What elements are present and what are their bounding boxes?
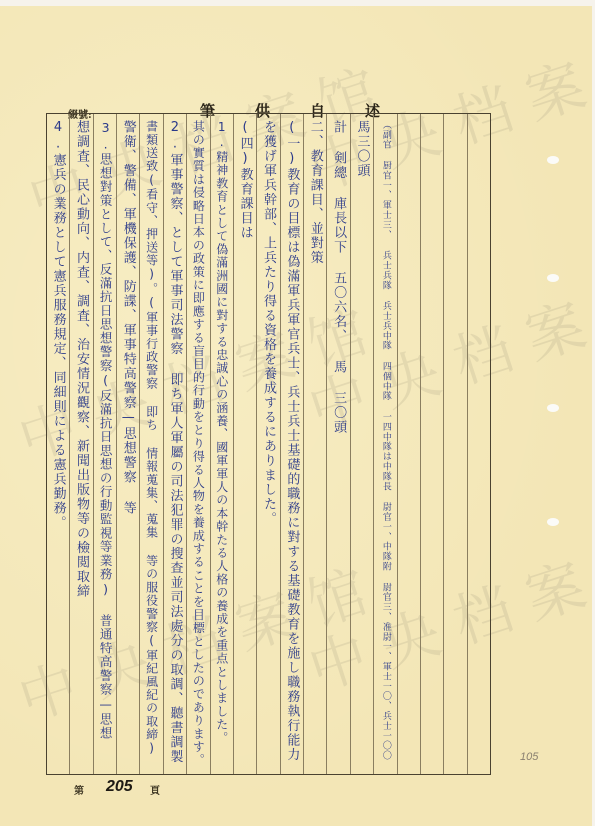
punch-hole	[547, 518, 559, 526]
punch-hole	[547, 156, 559, 164]
punch-hole	[547, 404, 559, 412]
handwritten-line: 2.軍事警察、として軍事司法警察 即ち軍人軍屬の司法犯罪の搜查並司法處分の取調、…	[168, 120, 181, 764]
grid-column: 二、教育課目、並對策	[303, 114, 326, 774]
handwritten-line: 4.憲兵の業務として憲兵服務規定、同細則による憲兵勤務。	[52, 120, 65, 530]
punch-hole	[547, 274, 559, 282]
grid-column	[420, 114, 443, 774]
handwritten-line: (一)教育の目標は偽滿軍兵軍官兵士、兵士兵士基礎的職務に對する基礎教育を施し職務…	[285, 120, 298, 762]
grid-column: (一)教育の目標は偽滿軍兵軍官兵士、兵士兵士基礎的職務に對する基礎教育を施し職務…	[280, 114, 303, 774]
grid-column: 書類送致(看守、押送等)。(軍事行政警察 即ち 情報蒐集、蒐集 等の服役警察(軍…	[139, 114, 162, 774]
handwritten-line: 馬三〇頭	[355, 120, 368, 178]
handwritten-line: 其の實質は侵略日本の政策に即應する盲目的行動をとり得る人物を養成することを目標と…	[192, 120, 204, 767]
handwritten-line: 警衛、警備、軍機保護、防諜、軍事特高警察—思想警察 等	[122, 120, 135, 516]
handwritten-line: 計 剣總 庫長以下 五〇六名、 馬 三〇頭	[332, 120, 345, 435]
grid-column: 馬三〇頭	[350, 114, 373, 774]
grid-column: 3.思想對策として、反滿抗日思想警察(反滿抗日思想の行動監視等業務) 普通特高警…	[93, 114, 116, 774]
handwritten-line: 二、教育課目、並對策	[309, 120, 322, 265]
grid-column: 4.憲兵の業務として憲兵服務規定、同細則による憲兵勤務。	[47, 114, 69, 774]
grid-column: 其の實質は侵略日本の政策に即應する盲目的行動をとり得る人物を養成することを目標と…	[186, 114, 209, 774]
handwritten-line: を獲げ軍兵幹部、上兵たり得る資格を養成するにありました。	[262, 120, 275, 526]
page-number: 205	[106, 778, 133, 796]
grid-column: (四)教育課目は	[233, 114, 256, 774]
grid-column: （副官 厨官一、軍士三、 兵士兵隊 兵士兵中隊 四個中隊 一四中隊は中隊長 尉官…	[373, 114, 396, 774]
grid-column: 計 剣總 庫長以下 五〇六名、 馬 三〇頭	[326, 114, 349, 774]
handwritten-line: （副官 厨官一、軍士三、 兵士兵隊 兵士兵中隊 四個中隊 一四中隊は中隊長 尉官…	[381, 120, 390, 761]
handwritten-line: 想調査、民心動向、内査、調査、治安情況觀察、新聞出版物等の檢閲取締	[75, 120, 88, 599]
archive-number: 105	[520, 751, 538, 763]
handwritten-line: 3.思想對策として、反滿抗日思想警察(反滿抗日思想の行動監視等業務) 普通特高警…	[99, 120, 112, 740]
grid-column	[443, 114, 466, 774]
page-prefix: 第	[74, 782, 84, 797]
handwritten-line: 書類送致(看守、押送等)。(軍事行政警察 即ち 情報蒐集、蒐集 等の服役警察(軍…	[146, 120, 158, 756]
handwritten-line: 1.精神教育として偽滿洲國に對する忠誠心の涵養、國軍軍人の本幹たる人格の養成を重…	[216, 120, 228, 744]
grid-column: 1.精神教育として偽滿洲國に對する忠誠心の涵養、國軍軍人の本幹たる人格の養成を重…	[210, 114, 233, 774]
grid-column: 警衛、警備、軍機保護、防諜、軍事特高警察—思想警察 等	[116, 114, 139, 774]
grid-column: を獲げ軍兵幹部、上兵たり得る資格を養成するにありました。	[256, 114, 279, 774]
handwritten-line: (四)教育課目は	[239, 120, 252, 240]
page-suffix: 頁	[150, 782, 160, 797]
grid-column: 2.軍事警察、として軍事司法警察 即ち軍人軍屬の司法犯罪の搜查並司法處分の取調、…	[163, 114, 186, 774]
grid-column: 想調査、民心動向、内査、調査、治安情況觀察、新聞出版物等の檢閲取締	[69, 114, 92, 774]
grid-column	[397, 114, 420, 774]
grid-column	[467, 114, 490, 774]
manuscript-grid: （副官 厨官一、軍士三、 兵士兵隊 兵士兵中隊 四個中隊 一四中隊は中隊長 尉官…	[46, 113, 491, 775]
